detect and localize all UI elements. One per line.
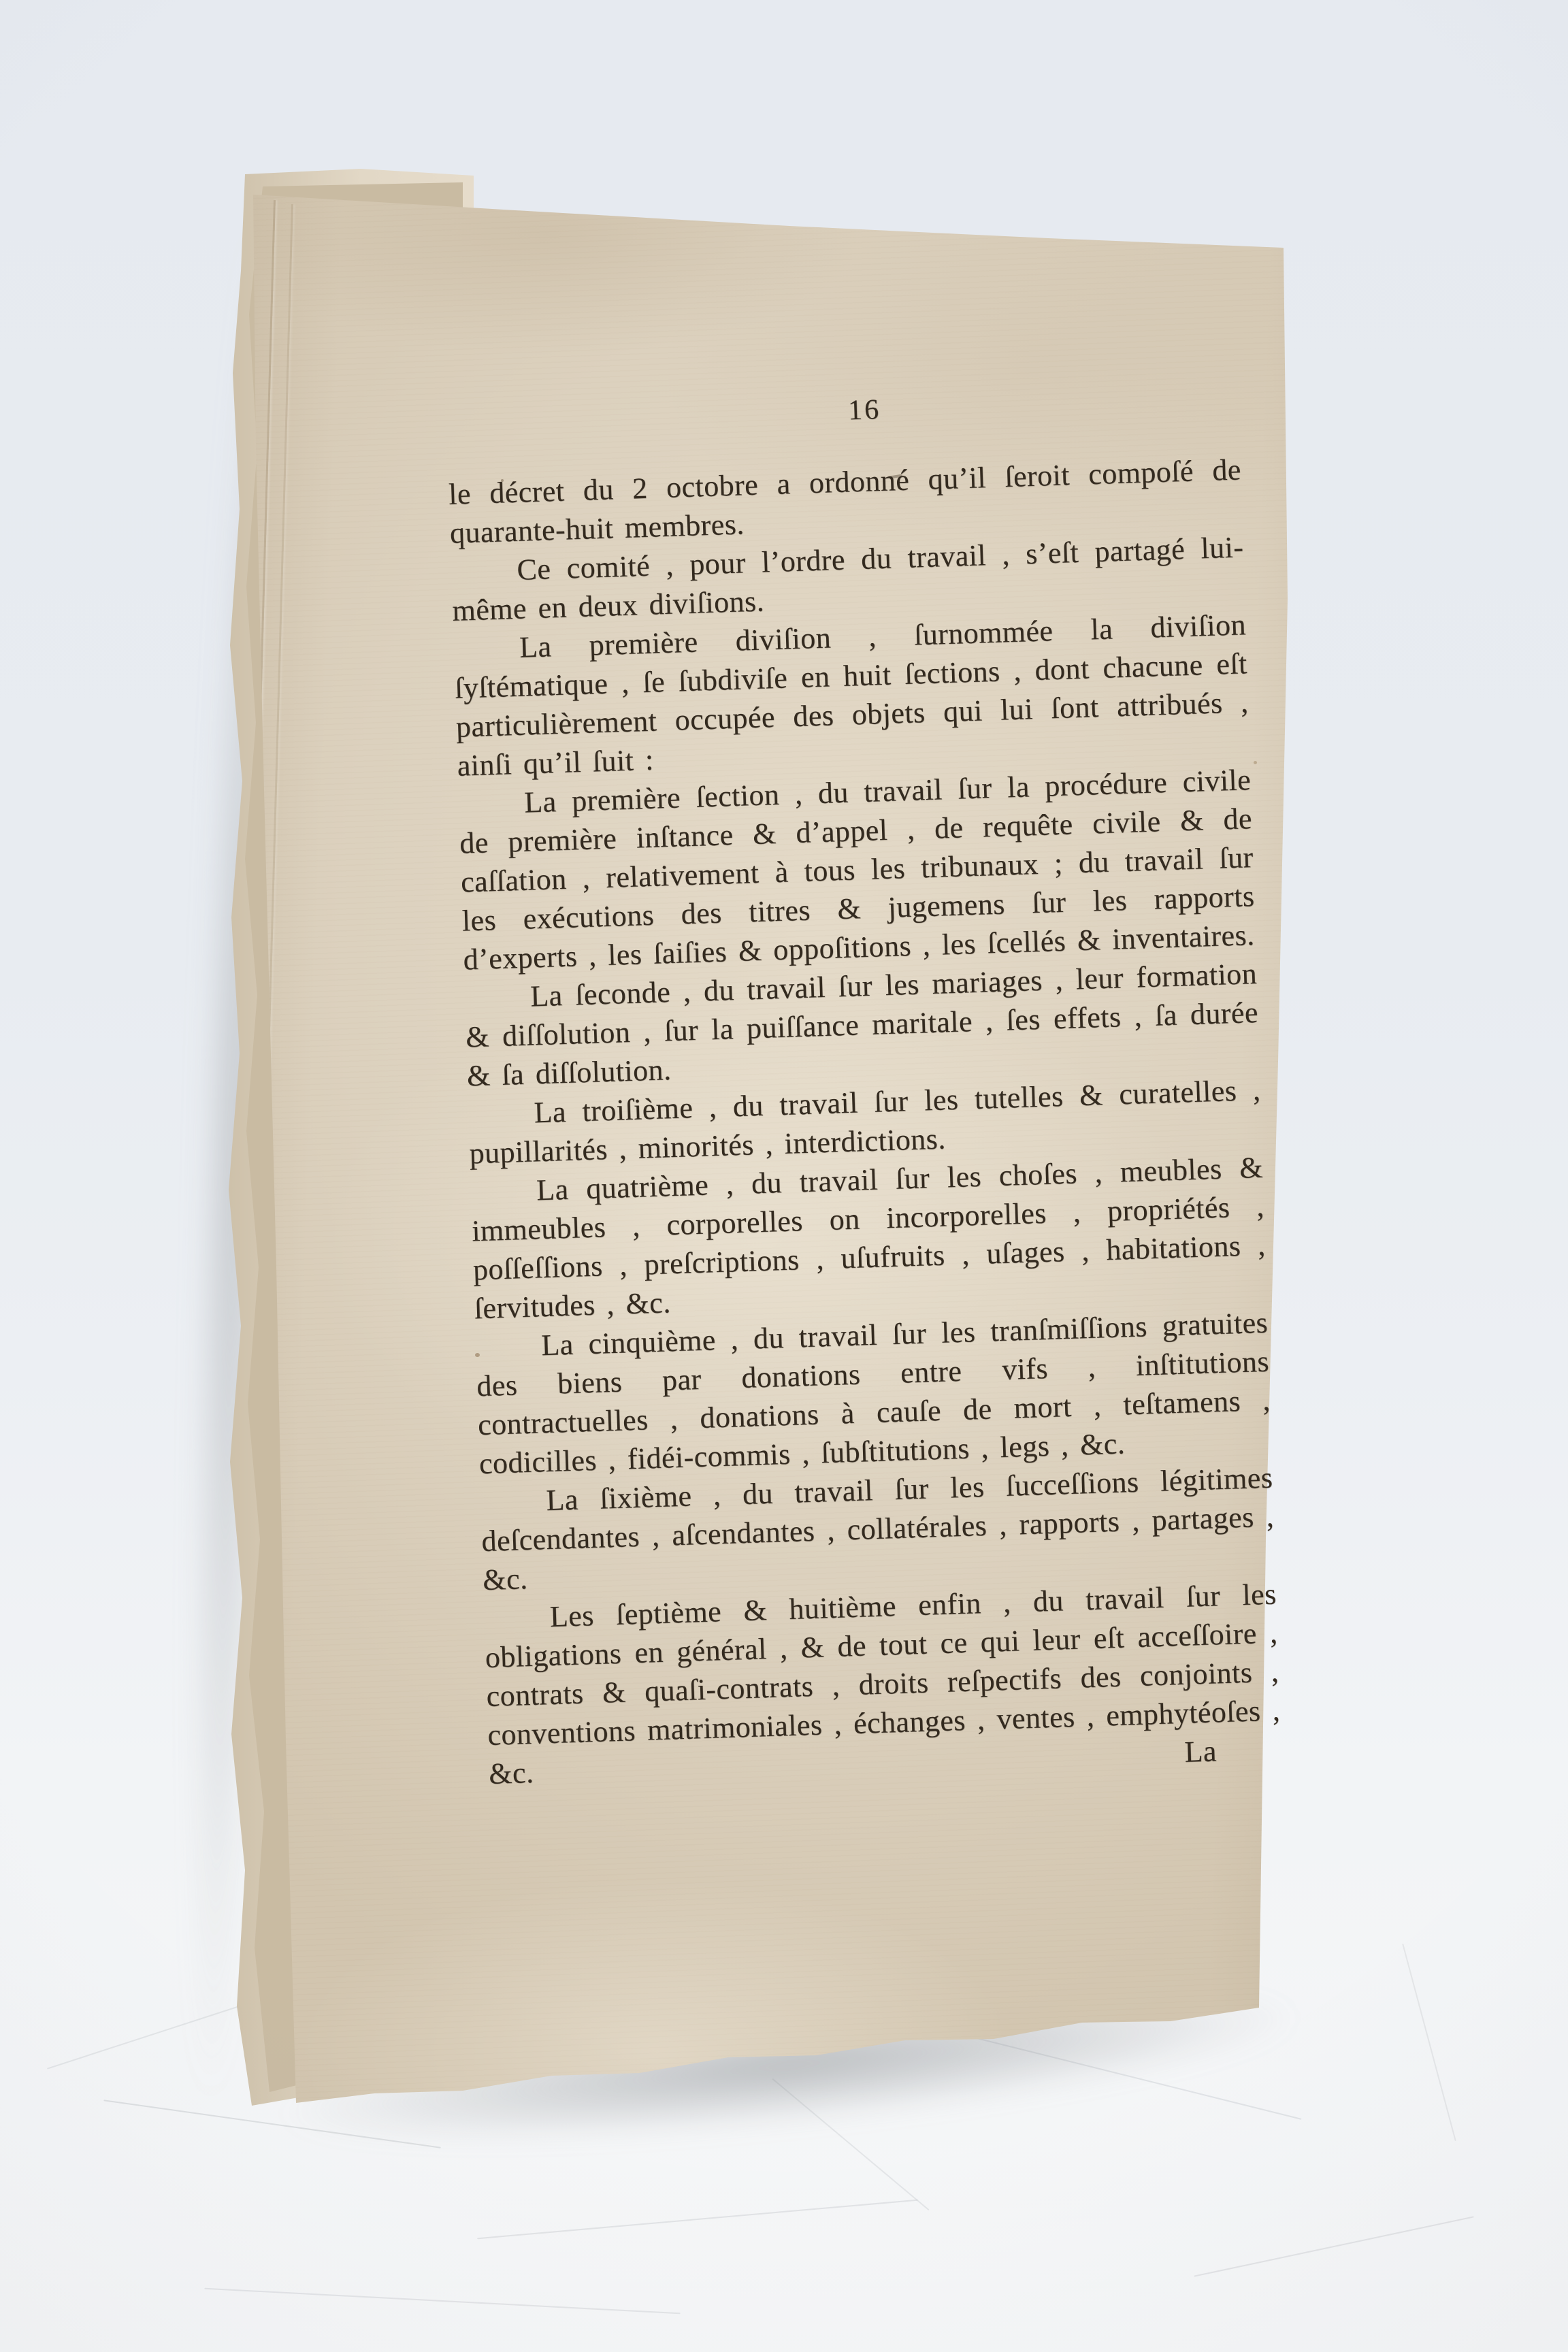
surface-fiber [477,2200,918,2240]
paragraph: La première ſection , du travail ſur la … [458,760,1256,979]
surface-fiber [1402,1944,1456,2141]
surface-fiber [1194,2216,1473,2276]
page-text: 16 le décret du 2 octobre a ordonné qu’i… [446,378,1282,1793]
photo-background: 16 le décret du 2 octobre a ordonné qu’i… [0,0,1568,2352]
foxing-spot [1254,761,1257,764]
paragraph: La quatrième , du travail ſur les choſes… [470,1148,1268,1328]
paragraph: La première diviſion , ſurnommée la divi… [453,605,1250,785]
surface-fiber [204,2288,680,2315]
paragraph: La cinquième , du travail ſur les tranſm… [475,1303,1273,1483]
